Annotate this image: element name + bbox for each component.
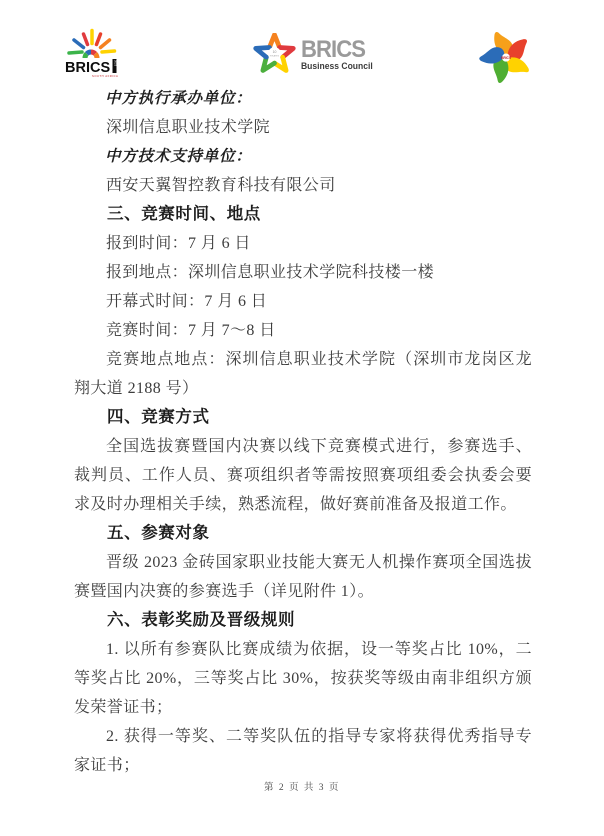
paragraph-heading: 六、表彰奖励及晋级规则 <box>74 606 532 635</box>
brics-sa-wordmark: BRICS <box>65 60 110 76</box>
brics-business-council-logo: 10 YEARS BRICS Business Council <box>253 33 377 76</box>
council-star-icon: 10 YEARS <box>253 33 296 76</box>
council-wordmark: BRICS Business Council <box>301 39 377 71</box>
paragraph-body: 西安天翼智控教育科技有限公司 <box>74 171 532 200</box>
paragraph-body: 1. 以所有参赛队比赛成绩为依据，设一等奖占比 10%，二等奖占比 20%，三等… <box>74 635 532 722</box>
paragraph-body: 全国选拔赛暨国内决赛以线下竞赛模式进行，参赛选手、裁判员、工作人员、赛项组织者等… <box>74 432 532 519</box>
paragraph-body: 开幕式时间：7 月 6 日 <box>74 287 532 316</box>
pinwheel-center-text: BRICS <box>501 56 511 60</box>
paragraph-label: 中方技术支持单位： <box>74 142 532 171</box>
brics-2023-logo-icon: BRICS 2023 SOUTH AFRICA <box>62 27 122 79</box>
council-subtitle-text: Business Council <box>301 61 373 71</box>
paragraph-body: 晋级 2023 金砖国家职业技能大赛无人机操作赛项全国选拔赛暨国内决赛的参赛选手… <box>74 548 532 606</box>
paragraph-heading: 五、参赛对象 <box>74 519 532 548</box>
pinwheel-logo-icon: BRICS <box>477 28 535 86</box>
page-number-indicator: 第 2 页 共 3 页 <box>264 783 340 793</box>
paragraph-label: 中方执行承办单位： <box>74 84 532 113</box>
paragraph-heading: 三、竞赛时间、地点 <box>74 200 532 229</box>
page-footer: 第 2 页 共 3 页 <box>0 779 604 793</box>
council-brand-text: BRICS <box>301 39 370 61</box>
document-body: 中方执行承办单位：深圳信息职业技术学院中方技术支持单位：西安天翼智控教育科技有限… <box>74 84 532 780</box>
paragraph-body: 2. 获得一等奖、二等奖队伍的指导专家将获得优秀指导专家证书； <box>74 722 532 780</box>
paragraph-body: 竞赛时间：7 月 7～8 日 <box>74 316 532 345</box>
brics-sa-year: 2023 <box>114 60 118 67</box>
council-badge-number: 10 <box>273 50 277 54</box>
paragraph-body: 深圳信息职业技术学院 <box>74 113 532 142</box>
brics-sa-country: SOUTH AFRICA <box>92 74 118 78</box>
paragraph-heading: 四、竞赛方式 <box>74 403 532 432</box>
paragraph-body: 竞赛地点地点：深圳信息职业技术学院（深圳市龙岗区龙翔大道 2188 号） <box>74 345 532 403</box>
paragraph-body: 报到地点：深圳信息职业技术学院科技楼一楼 <box>74 258 532 287</box>
document-page: BRICS 2023 SOUTH AFRICA 10 YEARS BRICS B… <box>0 0 604 836</box>
paragraph-body: 报到时间：7 月 6 日 <box>74 229 532 258</box>
